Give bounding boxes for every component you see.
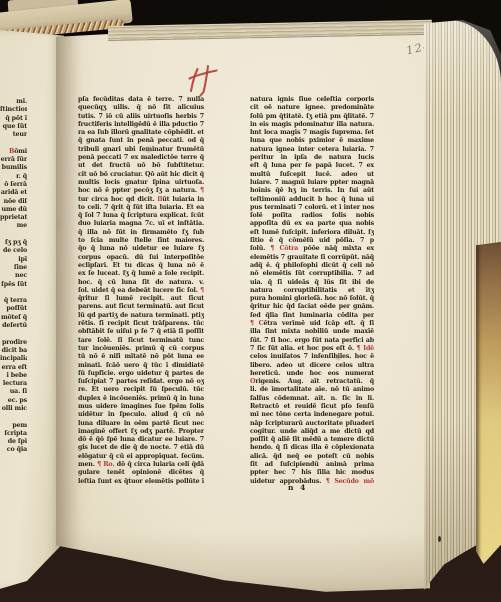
text-line: quecūqʒ uilis. q̄ nō ſit alicuius utilit…	[78, 104, 204, 112]
text-line: cit oē nature ignee. predomināte inq̄ʒ n…	[250, 104, 374, 112]
text-line: eſt lumē ſuſcipit. inferiora diluāt. ſʒ …	[250, 229, 374, 237]
text-line: obſtābit ſe uiſui p ſe 7 q̄ etiā ſī poſſ…	[78, 328, 204, 336]
text-line: ume dū	[0, 206, 27, 214]
text-line: eclipſari. Et tu dicas q̄ luna nō ē luia…	[78, 262, 204, 270]
text-line: uidētur in ſpeculo. aliud q̄ cū nō deber…	[78, 411, 204, 419]
text-line	[0, 289, 27, 297]
rubric-mark: ¶ Cōtra	[270, 245, 298, 252]
text-line: incipalia	[0, 355, 27, 363]
text-line: ſūt. 7 ſi hoc. ergo ſūt nata perfici ab …	[250, 337, 374, 345]
text-line: nōe diſ	[0, 198, 27, 206]
text-line: minati. ſcāō uero q̄ tūc ī dimidiatē niſ…	[78, 362, 204, 370]
text-line: li. de īmortalitate aīe. nō tū animo tan…	[250, 386, 374, 394]
text-line: ſcripta	[0, 430, 27, 438]
rubric-mark: ¶ Idē	[357, 345, 374, 352]
rubric-mark: ¶ Et	[78, 287, 204, 295]
text-line: tribuli gnari ubi ſeminatur frumētū hoc …	[78, 146, 204, 154]
text-line: q̄ illa nō ſūt in firmamēto ſʒ ſub firma…	[78, 229, 204, 237]
text-line: illa ſint mīxta nobiliū unde maxīē mīxta	[250, 328, 374, 336]
text-line: ipī aēris	[0, 256, 27, 264]
red-ink-mark	[183, 62, 219, 100]
text-line: q̄o q̄ luna nō uidetur ee luiare ſʒ poti…	[78, 245, 204, 253]
text-line: ſolū. ¶ Cōtra pōōe nāq̄ mīxta ex q̄tuor	[250, 245, 374, 253]
photo-of-open-book: mi. Bōmiſtinctioneq̄ pōt īque ſūtteur il…	[0, 0, 501, 602]
text-line: ppter hec 7 his ſilia hic modus uīomōdi …	[250, 469, 374, 477]
text-line: natura ignis ſiue celeſtia corporis quod…	[250, 96, 374, 104]
text-line: pſa fecūditas data ē terre. 7 nulla herb…	[78, 96, 204, 104]
rubric-mark: ¶ Ro.	[97, 461, 114, 468]
text-line: ex ſe luceat. ſʒ q̄ lumē a ſole recipit.…	[78, 270, 204, 278]
text-line: uidetur approbādus. ¶ Secūdo mō poteſt	[250, 478, 374, 486]
text-line: mī nec tōne certa indenegare potui. nec …	[250, 411, 374, 419]
text-line: ſine quā	[0, 264, 27, 272]
rubric-mark: ¶ Secūdo mō poteſt	[250, 478, 374, 486]
rubric-mark: O	[250, 378, 255, 385]
text-line: tutis. 7 iō cū aliis uirtuoſis herbis 7 …	[78, 113, 204, 121]
text-line: leſtia ſunt ex q̄tuor elemētis pollūte ī…	[78, 478, 204, 486]
text-line	[0, 139, 27, 147]
text-line: mōteſ q̄	[0, 314, 27, 322]
text-line: 7 ſic ſūt alia. et hoc pos eſt ō. ¶ Idē …	[250, 345, 374, 353]
text-line: imaginē offert ſʒ odʒ partē. Propter hoc…	[78, 428, 204, 436]
text-line: hoc nō ē ppter pecōʒ ſʒ a natura. ¶ Iō q…	[78, 187, 204, 195]
text-line: errā ſūr	[0, 156, 27, 164]
text-line: ſpēs ſūt	[0, 281, 27, 289]
text-line: hendo. q̄ ſi dicas illa ē cōplexionata n…	[250, 444, 374, 452]
text-line: natura corruptibilitatis et ītʒ luminari…	[250, 287, 374, 295]
text-line: ut det fructū uō bō ſubſtitetur. potius …	[78, 162, 204, 170]
text-line: q̄ pōt ī	[0, 115, 27, 123]
text-line: ſolū pm q̄titatē. ſʒ etiā pm q̄litatē. 7…	[250, 113, 374, 121]
text-line: luna diluare in oēm partē ſicut nec ſpec…	[78, 420, 204, 428]
text-line: multū ſuſcepit lucē. adeo ut mereatur di…	[250, 171, 374, 179]
text-line: hnt loca magis 7 magis ſuprema. ſet q̄n …	[250, 129, 374, 137]
text-line: aridā et	[0, 189, 27, 197]
text-line: hoc. q̄ cū luna ſit de natura. v. eſſent…	[78, 279, 204, 287]
text-line: Retractō et reuidē ſicut pſo ſenſū aliq̄…	[250, 403, 374, 411]
text-line: uia. q̄ ſī uideās q̄ lūs ſit ibi de natu…	[250, 279, 374, 287]
text-line: cit uō bō cruciatur. Qō aūt hic dicit q̄…	[78, 171, 204, 179]
text-line: nāp ſcripturarū auctoritate pſuaderi poſ…	[250, 420, 374, 428]
text-column-right: natura ignis ſiue celeſtia corporis quod…	[250, 96, 374, 486]
text-line: corpus opacū. dū ſui interpoſitōe ſolē f…	[78, 254, 204, 262]
text-line: ſʒ pʒ q̄	[0, 239, 27, 247]
text-line: poſſit q̄ aliē ſit mēdū a temere dictū r…	[250, 436, 374, 444]
text-line: bumilis	[0, 164, 27, 172]
text-line: alicā. q̄d neq̄ ee poteſt cū nobis cōple…	[250, 453, 374, 461]
text-line: cogitur. unde aliq̄d a me dictū qd accip…	[250, 428, 374, 436]
text-line: hereticū. unde hoc eos numerat inter her…	[250, 370, 374, 378]
text-line: me dicūt	[0, 222, 27, 230]
text-line: re. Et uero recipit ſū ſpeculū. tūc ſimi…	[78, 386, 204, 394]
text-line: i bebe	[0, 372, 27, 380]
text-line: elemētis 7 grauitate ſī corrūpūt. nāq̄ p…	[250, 254, 374, 262]
text-line: Origenis. Aug. aīt retractatū. q̄ dixeri…	[250, 378, 374, 386]
rubric-mark: ¶ C	[250, 320, 263, 327]
text-line: penā peccati 7 ex maledictōe terre q̄ dū…	[78, 154, 204, 162]
facing-page-text-fragments: mi. Bōmiſtinctioneq̄ pōt īque ſūtteur il…	[0, 98, 27, 455]
text-line: dō ē q̄ō ſpē luna dicatur ee luiare. 7 ſ…	[78, 436, 204, 444]
text-line: nec terrā	[0, 272, 27, 280]
quire-signature: n 4	[288, 483, 307, 492]
text-line: deſertū	[0, 322, 27, 330]
text-line: tare ſolē. ſi ſicut terminatū tunc duple…	[78, 337, 204, 345]
text-line: in eis magis pdominatur illa natura. ſʒ …	[250, 121, 374, 129]
text-line: teſtimoniū adducit b hoc q̄ luna uī ee c…	[250, 196, 374, 204]
text-line: pus terminati 7 colorū. et ī inter nos e…	[250, 204, 374, 212]
vellum-cover-edge	[476, 242, 501, 564]
text-line: lū qd partiʒ de natura terminati. ptiʒ t…	[78, 312, 204, 320]
fore-edge-speck	[438, 536, 441, 542]
text-line: pura homini glorioſā. hoc nō ſolūt. q̄ n…	[250, 295, 374, 303]
text-line: luiare. 7 magnū luiare ppter magnā effic…	[250, 179, 374, 187]
text-line: duplex ē incōueniēs. primū q̄ in luna de…	[78, 395, 204, 403]
text-line: gulare tenēt opinionē dicētes q̄ corpora…	[78, 469, 204, 477]
text-line: ſtinctione	[0, 106, 27, 114]
text-line: tur circa hoc qd dicit. ſiūt luiaria in …	[78, 196, 204, 204]
text-line: libero. adeo ut dicere celos ultra eſſe …	[250, 362, 374, 370]
text-line: gis lucet de die q̄ de nocte. 7 etiā dū …	[78, 444, 204, 452]
text-line: appoſita dū ex ea parte qua nobis appōit	[250, 220, 374, 228]
text-line: de celo	[0, 247, 27, 255]
text-line: ſit ad ſuſcipiendū animā prima diſpoſiti…	[250, 461, 374, 469]
text-line: Bōmi	[0, 148, 27, 156]
text-line: tū nō ē niſi mītatē nō pōt luna ee corpu…	[78, 353, 204, 361]
text-line: men. ¶ Ro. dō q̄ circa luiaria celi q̄dā…	[78, 461, 204, 469]
text-line: que ſūt	[0, 123, 27, 131]
text-column-left: pſa fecūditas data ē terre. 7 nulla herb…	[78, 96, 204, 486]
text-line: r. q̄ uero	[0, 173, 27, 181]
text-line: q̄ gnata ſunt in penā peccati. od q̄ ſpi…	[78, 137, 204, 145]
text-line: hoīnis q̄ē hʒ in terris. In ſui aūt poſi…	[250, 187, 374, 195]
text-line: ua. ſi ſic	[0, 388, 27, 396]
text-line	[0, 330, 27, 338]
text-line: peritur in ipſa de natura lucis ſuſorpēu…	[250, 154, 374, 162]
text-line: pem ner:	[0, 422, 27, 430]
text-line: rētis. ſi recipit ſicut trāſparens. tūc …	[78, 320, 204, 328]
rubric-mark: ¶	[200, 187, 204, 194]
text-line: olli mic	[0, 405, 27, 413]
text-line: falſus cōdemnat. aīt. n. ſic in li. retr…	[250, 395, 374, 403]
facing-page-edge: mi. Bōmiſtinctioneq̄ pōt īque ſūtteur il…	[0, 30, 64, 590]
text-line: nō elemētis ſūt corruptibilia. 7 ad hoc …	[250, 270, 374, 278]
text-line: celos inuiſatos 7 inſenſibiles. hoc ē et…	[250, 353, 374, 361]
text-line: elōgatur q̄ cū ei appropīquat. ſecūm. n.…	[78, 453, 204, 461]
text-line: eſt q̄ luna per ſe papā lucet. 7 ex pīci…	[250, 162, 374, 170]
text-line: parens. aut ſicut terminatū. aut ſicut ſ…	[78, 303, 204, 311]
text-line: teur illorʒ	[0, 131, 27, 139]
text-line: to ſcīa multe ſtelle ſint maiores. terti…	[78, 237, 204, 245]
text-line: ſū ſupficie. ergo uidetur q̄ partes de l…	[78, 370, 204, 378]
text-line: ſuſcipiat 7 partes reſidat. ergo nō oʒ d…	[78, 378, 204, 386]
text-line: ra ea ſub illorū gnalitate cōphēdit. et …	[78, 129, 204, 137]
text-line: co q̄ia	[0, 446, 27, 454]
text-line: q̄ terra	[0, 297, 27, 305]
text-line: tur incōueniēs. primū q̄ cū corpus termi…	[78, 345, 204, 353]
text-line: adq̄ ē. q̄ philoſophi dicūt q̄ celi nō ſ…	[250, 262, 374, 270]
text-line: ¶ Cētra verīmē uid ſcāp eſt. q̄ ſi corpo…	[250, 320, 374, 328]
text-line: mus uidere imagines ſue ſpēm ſolis ſicut	[78, 403, 204, 411]
text-line: q̄ritur hic q̄d ſaciat oēde per gnām. 7 …	[250, 303, 374, 311]
text-line: de ſpi	[0, 438, 27, 446]
text-line: q̄ ſol 7 luna q̄ ſcriptura explicat. ſcū…	[78, 212, 204, 220]
rubric-mark: B	[9, 148, 14, 155]
book-page: 124 pſa fecūditas data ē terre. 7 nulla …	[56, 22, 430, 594]
text-line: dicit ba	[0, 347, 27, 355]
text-line	[0, 231, 27, 239]
text-line: erra eſt	[0, 364, 27, 372]
text-line: multis locis gnatur ſpina uirtuoſa. dōʒ …	[78, 179, 204, 187]
text-line: luna que nobis pximior ē maxime dicitur	[250, 137, 374, 145]
rubric-mark: ſi	[157, 196, 162, 203]
text-line: ſolē poſita radios ſolis nobis occultat.…	[250, 212, 374, 220]
text-line: duo luiaria magna 7c. uī et inſtātia. pr…	[78, 220, 204, 228]
text-line: prodire	[0, 339, 27, 347]
text-line: pprietatē	[0, 214, 27, 222]
text-line: ō ſerrā	[0, 181, 27, 189]
text-line: ſed q̄lia ſint luminaria cōdita per natu…	[250, 312, 374, 320]
text-line: ſol. uidet q̄ ea debeāt lucere ſic ſol. …	[78, 287, 204, 295]
text-line: to celi. 7 q̄rit q̄ ſūt iſta luiaria. Et…	[78, 204, 204, 212]
text-line: natura ignea inter cetera luiaria. 7 plu…	[250, 146, 374, 154]
text-line	[0, 413, 27, 421]
text-line: fructiferis intelligēdū ē illa pductio 7…	[78, 121, 204, 129]
text-line: mi. Bōmi	[0, 98, 27, 106]
text-line: ſitio ē q̄ cōmēſū uid pōſia. 7 p cōmēū u…	[250, 237, 374, 245]
text-line: q̄ritur ſi lumē recipit. aut ſicut corpu…	[78, 295, 204, 303]
text-line: poſſūt	[0, 305, 27, 313]
text-line: ec. ps pri	[0, 397, 27, 405]
text-line: lectura	[0, 380, 27, 388]
